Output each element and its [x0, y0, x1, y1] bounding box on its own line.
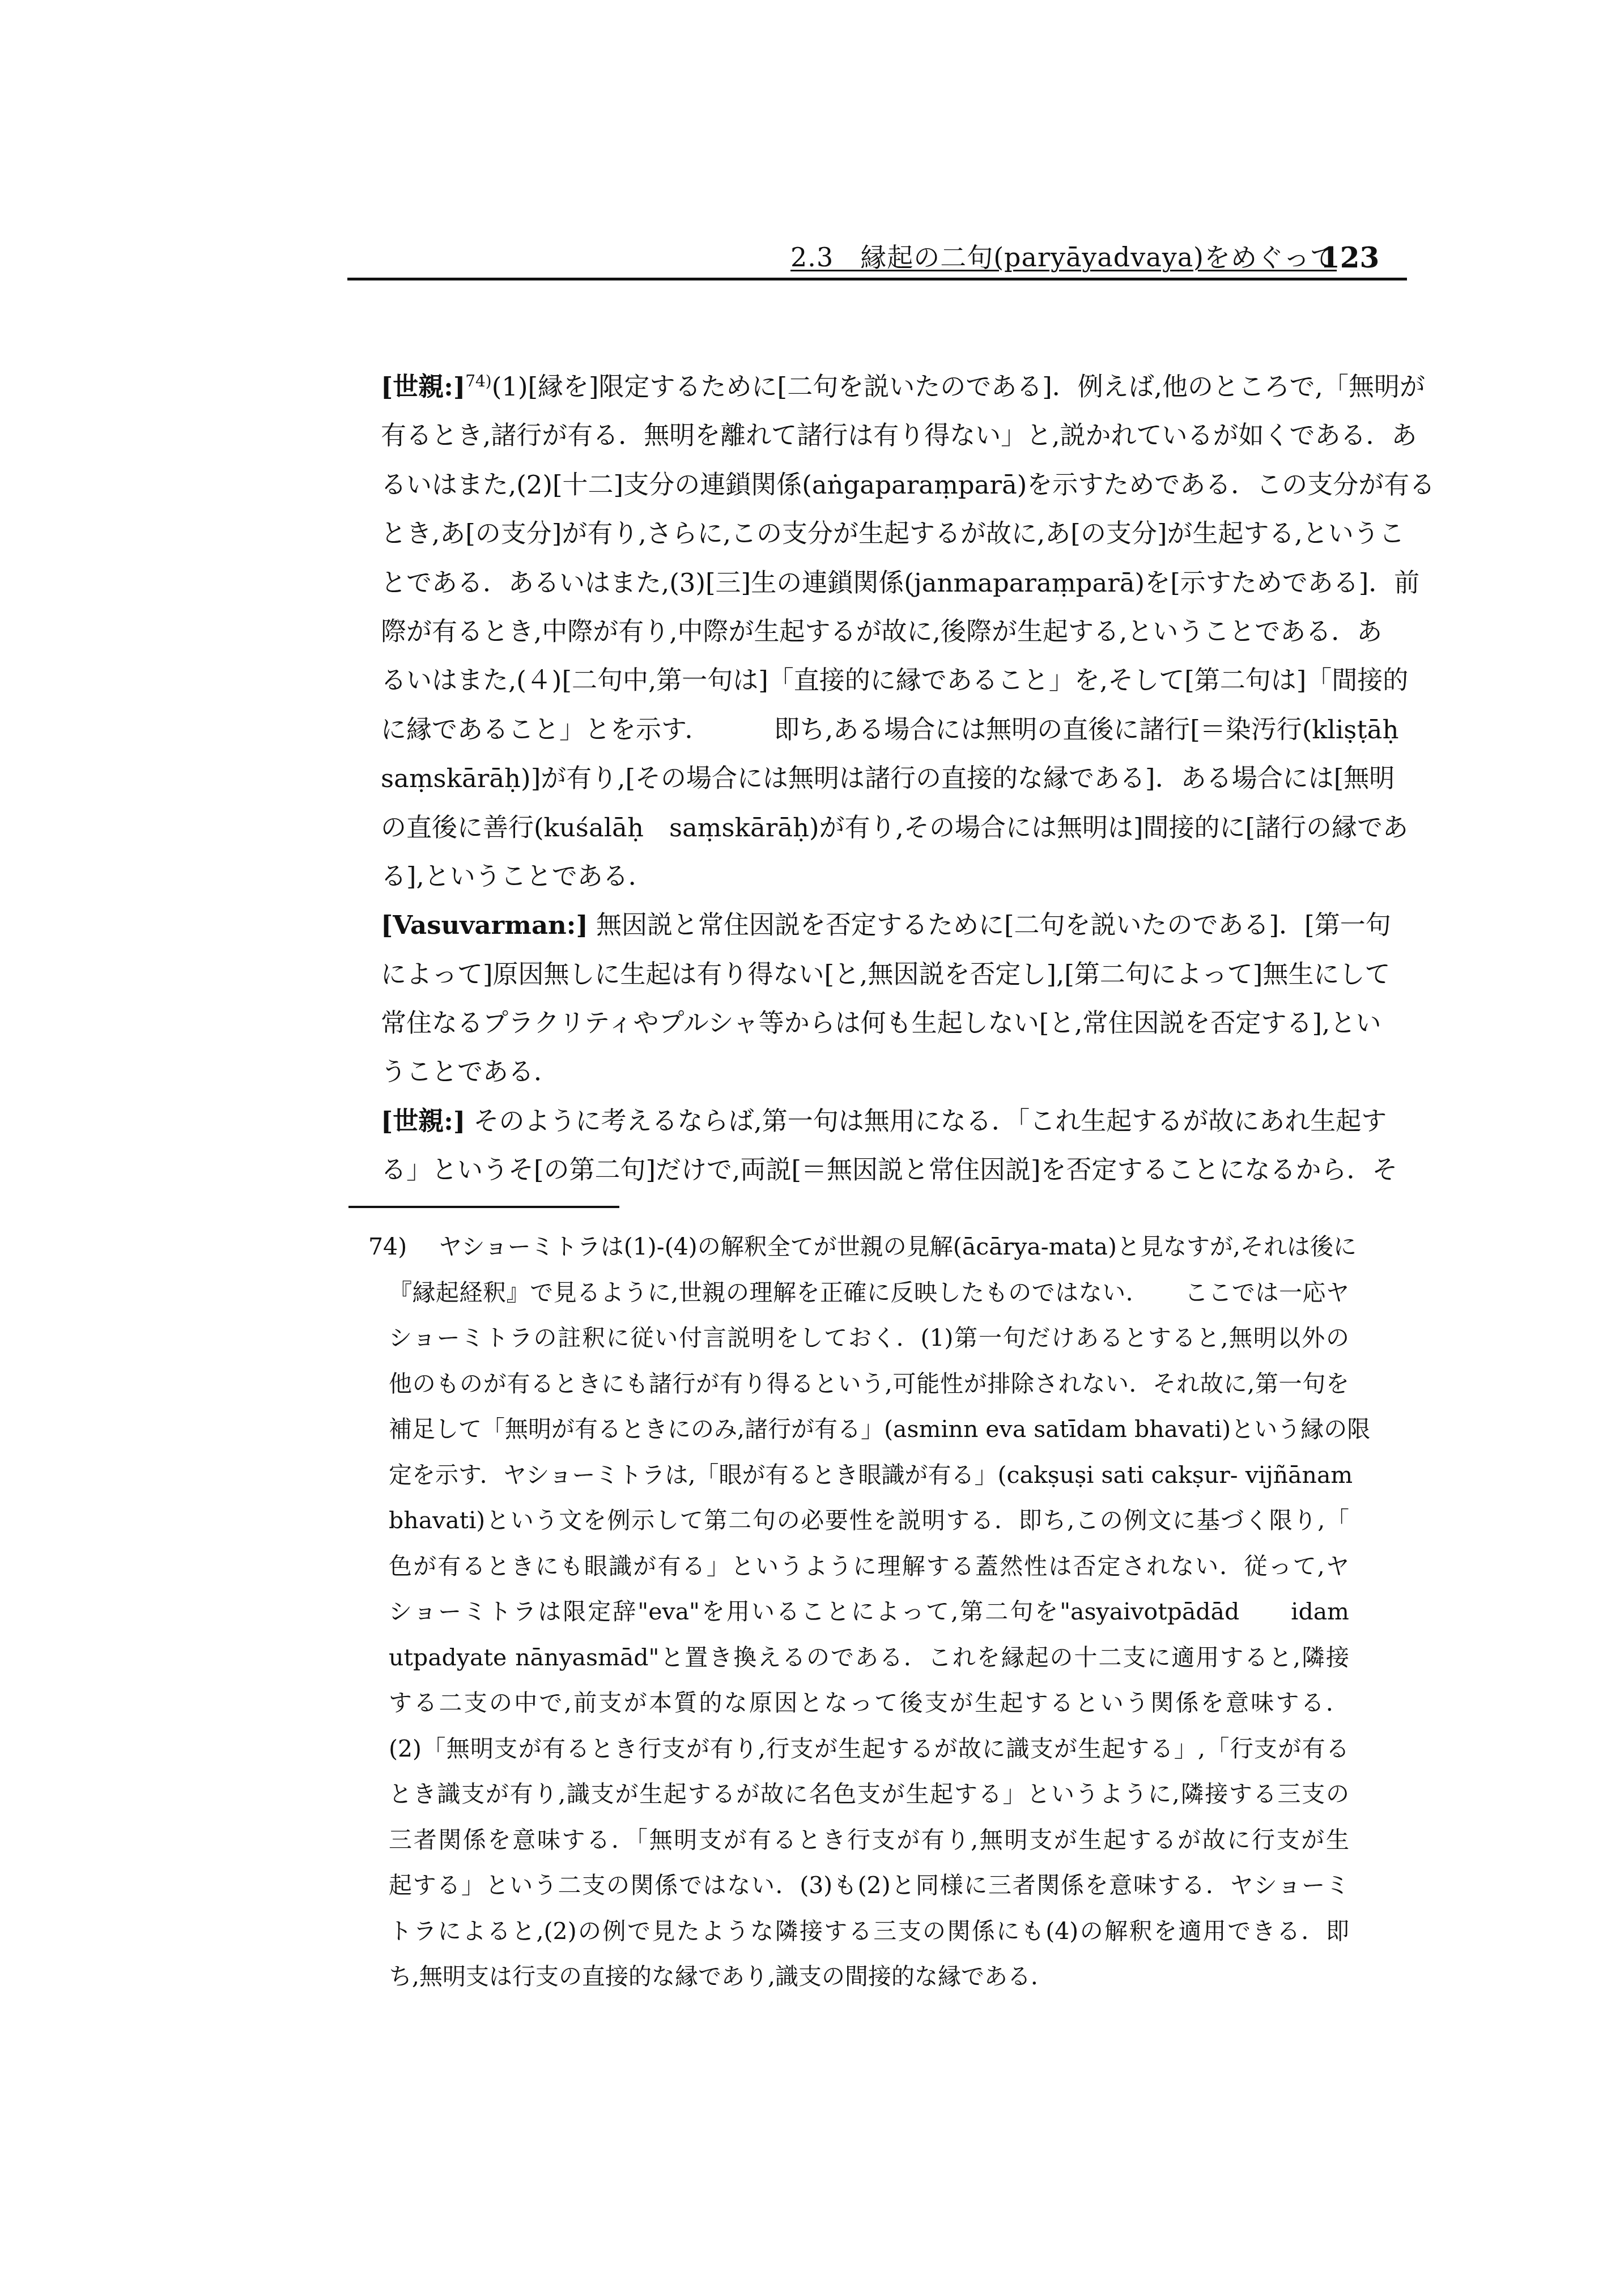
- footnote-line: utpadyate nānyasmād"と置き換えるのである．これを縁起の十二支…: [368, 1635, 1349, 1681]
- body-line: とき,あ[の支分]が有り,さらに,この支分が生起するが故に,あ[の支分]が生起す…: [381, 509, 1361, 558]
- footnotes: 74)ヤショーミトラは(1)-(4)の解釈全てが世親の見解(ācārya-mat…: [368, 1224, 1354, 2000]
- speaker-label: [世親:]: [381, 1106, 465, 1136]
- footnote-line: 74)ヤショーミトラは(1)-(4)の解釈全てが世親の見解(ācārya-mat…: [368, 1224, 1349, 1270]
- body-line: うことである．: [381, 1048, 1361, 1096]
- page-number: 123: [1320, 241, 1379, 274]
- body-line: る],ということである．: [381, 852, 1361, 901]
- body-line: [世親:] そのように考えるならば,第一句は無用になる．「これ生起するが故にあれ…: [381, 1097, 1361, 1146]
- body-line: に縁であること」とを示す． 即ち,ある場合には無明の直後に諸行[＝染汚行(kli…: [381, 705, 1361, 754]
- body-line: [世親:]74)(1)[縁を]限定するために[二句を説いたのである]．例えば,他…: [381, 363, 1361, 411]
- footnote-line: トラによると,(2)の例で見たような隣接する三支の関係にも(4)の解釈を適用でき…: [368, 1908, 1349, 1954]
- footnote-line: ショーミトラは限定辞"eva"を用いることによって,第二句を"asyaivotp…: [368, 1589, 1349, 1635]
- footnote-line: bhavati)という文を例示して第二句の必要性を説明する．即ち,この例文に基づ…: [368, 1498, 1349, 1544]
- body-line: 有るとき,諸行が有る．無明を離れて諸行は有り得ない」と,説かれているが如くである…: [381, 411, 1361, 460]
- body-line: るいはまた,(４)[二句中,第一句は]「直接的に縁であること」を,そして[第二句…: [381, 656, 1361, 705]
- body-line: [Vasuvarman:] 無因説と常住因説を否定するために[二句を説いたのであ…: [381, 901, 1361, 950]
- running-header: 2.3 縁起の二句(paryāyadvaya)をめぐって 123: [347, 224, 1407, 280]
- body-text: [世親:]74)(1)[縁を]限定するために[二句を説いたのである]．例えば,他…: [381, 363, 1361, 1195]
- footnote-line: 補足して「無明が有るときにのみ,諸行が有る」(asminn eva satīda…: [368, 1406, 1349, 1452]
- footnote-reference[interactable]: 74): [465, 372, 492, 390]
- footnote-line: ショーミトラの註釈に従い付言説明をしておく．(1)第一句だけあるとすると,無明以…: [368, 1315, 1349, 1361]
- document-page: 2.3 縁起の二句(paryāyadvaya)をめぐって 123 [世親:]74…: [0, 0, 1624, 2296]
- speaker-label: [世親:]: [381, 372, 465, 402]
- footnote-line: 他のものが有るときにも諸行が有り得るという,可能性が排除されない．それ故に,第一…: [368, 1361, 1349, 1407]
- body-line: とである．あるいはまた,(3)[三]生の連鎖関係(janmaparaṃparā)…: [381, 559, 1361, 607]
- body-line: るいはまた,(2)[十二]支分の連鎖関係(aṅgaparaṃparā)を示すため…: [381, 461, 1361, 509]
- footnote-number: 74): [368, 1224, 439, 1270]
- body-line: る」というそ[の第二句]だけで,両説[＝無因説と常住因説]を否定することになるか…: [381, 1146, 1361, 1194]
- body-line: 際が有るとき,中際が有り,中際が生起するが故に,後際が生起する,ということである…: [381, 607, 1361, 656]
- speaker-label: [Vasuvarman:]: [381, 910, 588, 940]
- body-line: によって]原因無しに生起は有り得ない[と,無因説を否定し],[第二句によって]無…: [381, 950, 1361, 999]
- footnote-line: 色が有るときにも眼識が有る」というように理解する蓋然性は否定されない．従って,ヤ: [368, 1544, 1349, 1589]
- running-header-section-title: 2.3 縁起の二句(paryāyadvaya)をめぐって: [790, 237, 1337, 274]
- body-line: saṃskārāḥ)]が有り,[その場合には無明は諸行の直接的な縁である]．ある…: [381, 754, 1361, 803]
- footnote-line: 起する」という二支の関係ではない．(3)も(2)と同様に三者関係を意味する．ヤシ…: [368, 1863, 1349, 1908]
- footnote-line: ち,無明支は行支の直接的な縁であり,識支の間接的な縁である．: [368, 1954, 1349, 2000]
- footnote-line: 三者関係を意味する．「無明支が有るとき行支が有り,無明支が生起するが故に行支が生: [368, 1817, 1349, 1863]
- footnote-line: 定を示す．ヤショーミトラは,「眼が有るとき眼識が有る」(cakṣuṣi sati…: [368, 1452, 1349, 1498]
- body-line: 常住なるプラクリティやプルシャ等からは何も生起しない[と,常住因説を否定する],…: [381, 999, 1361, 1048]
- footnote-line: する二支の中で,前支が本質的な原因となって後支が生起するという関係を意味する．: [368, 1680, 1349, 1726]
- footnote-separator: [348, 1206, 619, 1208]
- body-line: の直後に善行(kuśalāḥ saṃskārāḥ)が有り,その場合には無明は]間…: [381, 803, 1361, 852]
- footnote-line: 『縁起経釈』で見るように,世親の理解を正確に反映したものではない． ここでは一応…: [368, 1270, 1349, 1316]
- footnote-line: (2)「無明支が有るとき行支が有り,行支が生起するが故に識支が生起する」,「行支…: [368, 1726, 1349, 1772]
- footnote-line: とき識支が有り,識支が生起するが故に名色支が生起する」というように,隣接する三支…: [368, 1771, 1349, 1817]
